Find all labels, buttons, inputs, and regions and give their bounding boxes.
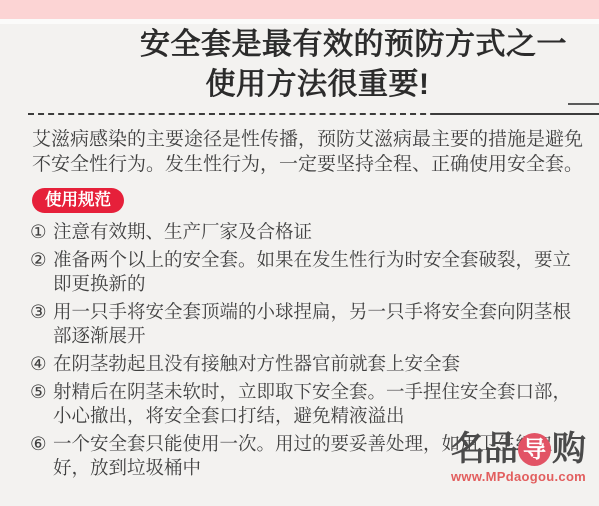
rule-text: 用一只手将安全套顶端的小球捏扁，另一只手将安全套向阴茎根部逐渐展开	[53, 300, 588, 348]
brand-text-right: 购	[552, 432, 585, 466]
top-pink-band	[0, 0, 599, 19]
brand-text-left: 名品	[451, 432, 517, 466]
band-gap	[0, 19, 599, 24]
solid-separator	[432, 113, 599, 115]
intro-paragraph: 艾滋病感染的主要途径是性传播，预防艾滋病最主要的措施是避免 不安全性行为。发生性…	[32, 127, 588, 177]
rule-item-2: ② 准备两个以上的安全套。如果在发生性行为时安全套破裂，要立即更换新的	[30, 248, 588, 296]
usage-rules-badge: 使用规范	[32, 188, 124, 213]
separator-fragment	[568, 103, 599, 105]
rule-item-1: ① 注意有效期、生产厂家及合格证	[30, 220, 588, 244]
title-line-2: 使用方法很重要!	[0, 65, 599, 105]
site-watermark: 名品 导 购 www.MPdaogou.com	[451, 432, 586, 484]
rule-item-4: ④ 在阴茎勃起且没有接触对方性器官前就套上安全套	[30, 352, 588, 376]
rule-item-3: ③ 用一只手将安全套顶端的小球捏扁，另一只手将安全套向阴茎根部逐渐展开	[30, 300, 588, 348]
brand-circle-icon: 导	[518, 433, 551, 466]
brand-url: www.MPdaogou.com	[451, 469, 586, 484]
rule-number-icon: ①	[30, 220, 53, 244]
rule-text: 在阴茎勃起且没有接触对方性器官前就套上安全套	[53, 352, 588, 376]
title-line-1: 安全套是最有效的预防方式之一	[0, 25, 599, 65]
rule-text: 射精后在阴茎未软时，立即取下安全套。一手捏住安全套口部，小心撤出，将安全套口打结…	[53, 380, 588, 428]
rule-number-icon: ⑤	[30, 380, 53, 428]
health-poster: 安全套是最有效的预防方式之一 使用方法很重要! 艾滋病感染的主要途径是性传播，预…	[0, 0, 599, 506]
rule-item-5: ⑤ 射精后在阴茎未软时，立即取下安全套。一手捏住安全套口部，小心撤出，将安全套口…	[30, 380, 588, 428]
rule-number-icon: ⑥	[30, 432, 53, 480]
rule-number-icon: ③	[30, 300, 53, 348]
brand-logo: 名品 导 购	[451, 432, 586, 466]
rule-number-icon: ④	[30, 352, 53, 376]
intro-line-2: 不安全性行为。发生性行为，一定要坚持全程、正确使用安全套。	[32, 152, 588, 177]
poster-title: 安全套是最有效的预防方式之一 使用方法很重要!	[0, 25, 599, 105]
rule-text: 注意有效期、生产厂家及合格证	[53, 220, 588, 244]
rule-number-icon: ②	[30, 248, 53, 296]
intro-line-1: 艾滋病感染的主要途径是性传播，预防艾滋病最主要的措施是避免	[32, 127, 588, 152]
rule-text: 准备两个以上的安全套。如果在发生性行为时安全套破裂，要立即更换新的	[53, 248, 588, 296]
